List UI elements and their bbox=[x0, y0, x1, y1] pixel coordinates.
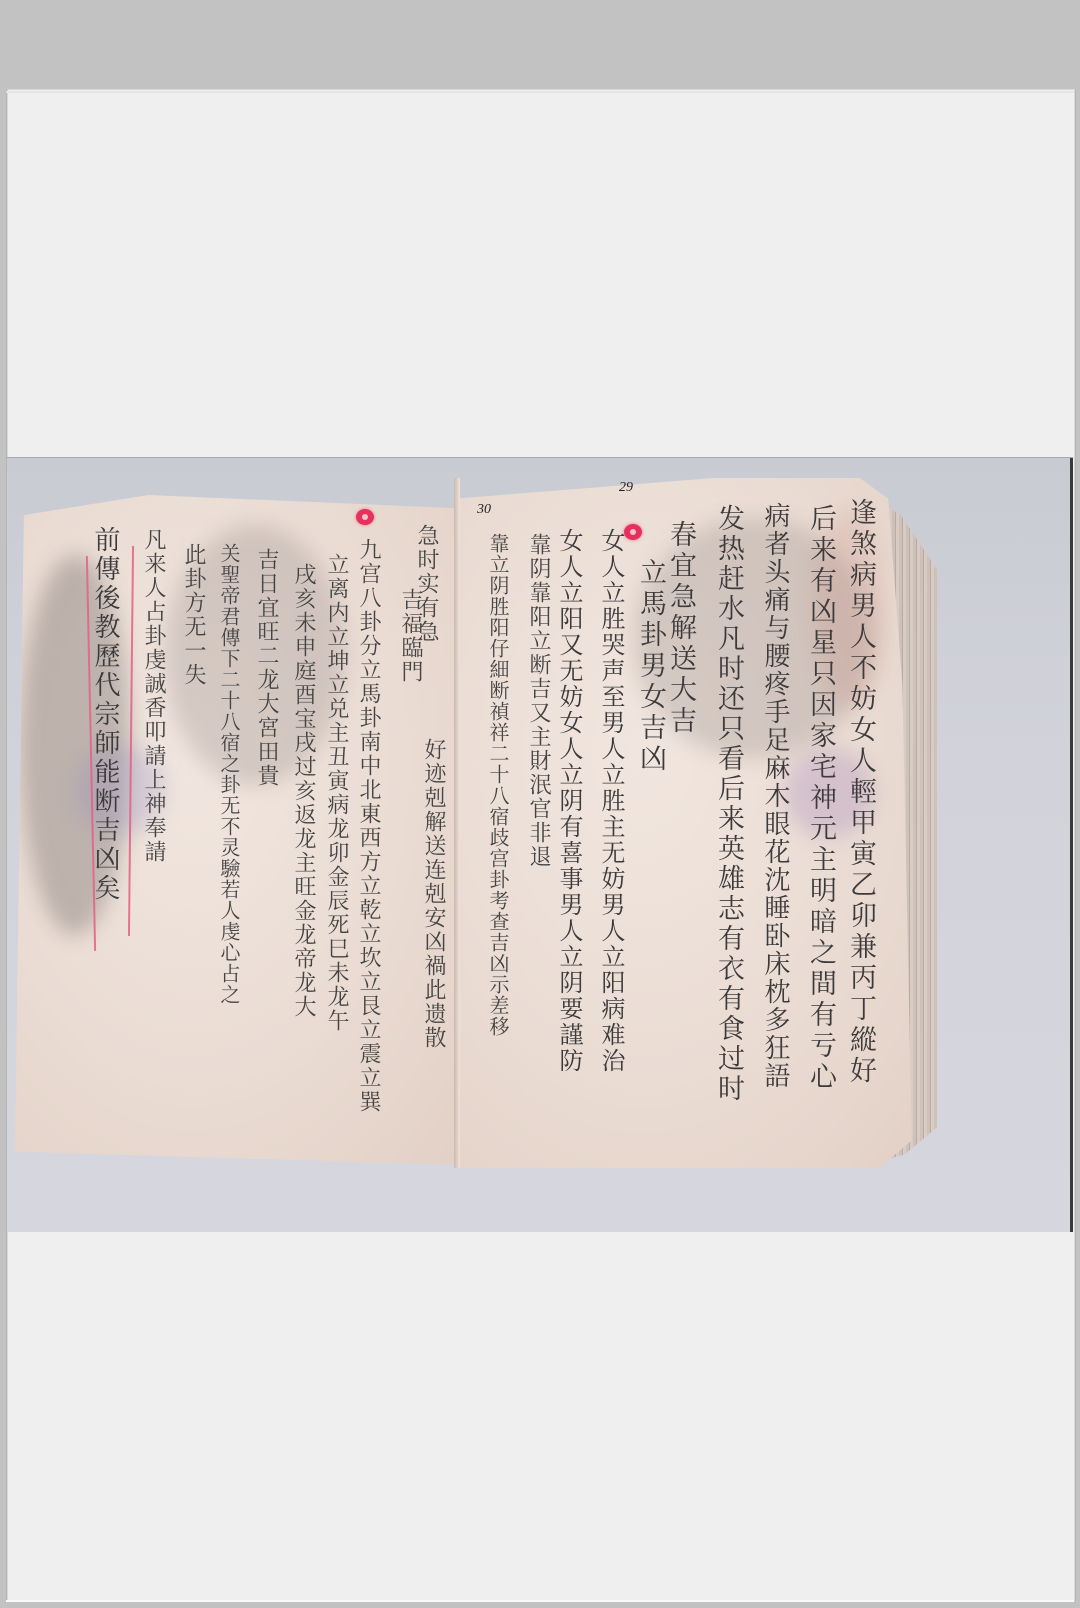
text-column: 立馬卦男女吉凶 bbox=[637, 558, 664, 775]
text-column: 发热赶水凡时还只看后来英雄志有衣有食过时 bbox=[715, 504, 742, 1104]
text-column: 此卦方无一失 bbox=[182, 543, 204, 687]
book-spine bbox=[454, 478, 460, 1168]
page-number-right: 29 bbox=[619, 480, 633, 496]
text-column: 春宜急解送大吉 bbox=[667, 520, 694, 737]
text-column: 戌亥未申庭酉宝戌过亥返龙主旺金龙帝龙大 bbox=[292, 563, 314, 1019]
text-column: 女人立阳又无妨女人立阴有喜事男人立阴要謹防 bbox=[557, 528, 581, 1074]
red-seal-mark-left bbox=[356, 509, 374, 525]
text-column: 靠阴靠阳立断吉又主財泯官非退 bbox=[527, 533, 549, 869]
text-column: 后来有凶星只因家宅神元主明暗之間有亏心 bbox=[807, 504, 834, 1093]
panel-bottom-edge bbox=[6, 1600, 1074, 1602]
text-column: 好迹剋解送连剋安凶禍此遗散 bbox=[422, 738, 444, 1050]
manuscript-photo: 29 30 逢煞病男人不妨女人輕甲寅乙卯兼丙丁縱好 后来有凶星只因家宅神元主明暗… bbox=[7, 457, 1073, 1232]
text-column: 关聖帝君傳下二十八宿之卦无不灵驗若人虔心占之 bbox=[219, 543, 239, 1005]
red-seal-mark-right bbox=[624, 524, 642, 540]
text-column: 靠立阴胜阳仔細断禎祥二十八宿歧宫卦考查吉凶示差移 bbox=[488, 533, 508, 1037]
text-column: 病者头痛与腰疼手足麻木眼花沈睡卧床枕多狂語 bbox=[762, 502, 788, 1090]
text-column: 九宫八卦分立馬卦南中北東西方立乾立坎立艮立震立巽 bbox=[357, 538, 379, 1114]
photo-edge bbox=[1070, 458, 1073, 1232]
text-column: 逢煞病男人不妨女人輕甲寅乙卯兼丙丁縱好 bbox=[847, 498, 874, 1087]
text-column: 吉日宜旺二龙大宮田貴 bbox=[255, 548, 277, 788]
text-column: 立离内立坤立兑主丑寅病龙卯金辰死巳未龙午 bbox=[325, 553, 347, 1033]
text-column: 吉福臨門 bbox=[399, 588, 421, 684]
text-column: 凡来人占卦虔誠香叩請上神奉請 bbox=[142, 528, 164, 864]
page-number-left: 30 bbox=[477, 502, 491, 518]
text-column: 前傳後教歷代宗師能断吉凶矣 bbox=[92, 526, 118, 903]
text-column: 女人立胜哭声至男人立胜主无妨男人立阳病难治 bbox=[599, 528, 623, 1074]
panel-divider bbox=[6, 91, 1074, 93]
